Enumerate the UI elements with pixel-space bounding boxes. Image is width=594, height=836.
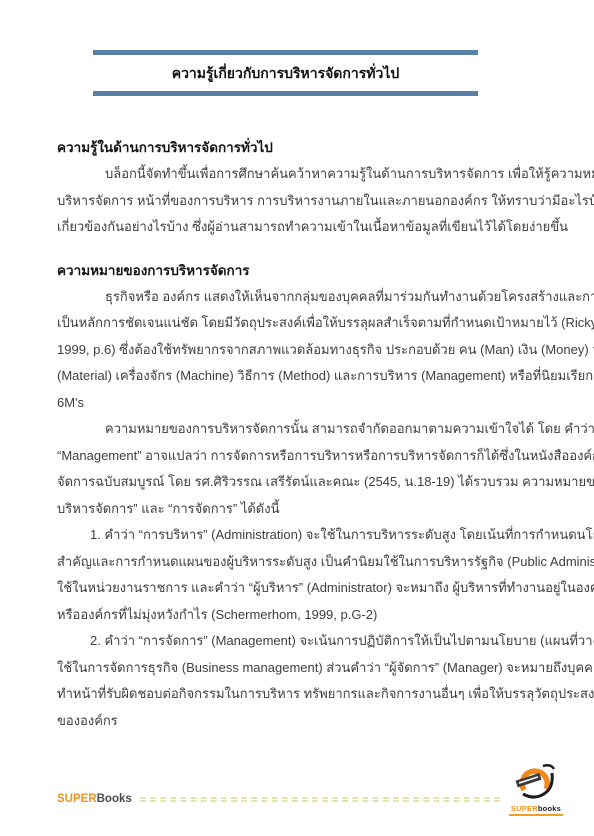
footer-brand-super: SUPER bbox=[57, 793, 97, 805]
page-content: ความรู้เกี่ยวกับการบริหารจัดการทั่วไป คว… bbox=[57, 50, 540, 734]
paragraph-line: ใช้ในหน่วยงานราชการ และคำว่า “ผู้บริหาร”… bbox=[57, 575, 540, 602]
paragraph-line: เกี่ยวข้องกันอย่างไรบ้าง ซึ่งผู้อ่านสามา… bbox=[57, 214, 540, 241]
superbooks-logo: SUPERbooks bbox=[506, 763, 566, 816]
paragraph-line: ใช้ในการจัดการธุรกิจ (Business managemen… bbox=[57, 655, 540, 682]
paragraph-line: บล็อกนี้จัดทำขึ้นเพื่อการศึกษาค้นคว้าหาค… bbox=[57, 161, 540, 188]
paragraph: บล็อกนี้จัดทำขึ้นเพื่อการศึกษาค้นคว้าหาค… bbox=[57, 161, 540, 241]
footer-brand-books: Books bbox=[97, 793, 132, 805]
paragraph-line: เป็นหลักการชัดเจนแน่ชัด โดยมีวัตถุประสงค… bbox=[57, 310, 540, 337]
footer-rule-row: SUPERBooks bbox=[57, 793, 500, 805]
paragraph-line: 1999, p.6) ซึ่งต้องใช้ทรัพยากรจากสภาพแวด… bbox=[57, 337, 540, 364]
logo-text-super: SUPER bbox=[511, 804, 538, 813]
numbered-item: 2. คำว่า “การจัดการ” (Management) จะเน้น… bbox=[57, 628, 540, 734]
paragraph-line: ความหมายของการบริหารจัดการนั้น สามารถจำก… bbox=[57, 416, 540, 443]
banner-bottom-rule bbox=[93, 91, 478, 96]
footer-brand: SUPERBooks bbox=[57, 793, 132, 805]
logo-tagline-bar bbox=[509, 814, 563, 816]
section-heading: ความรู้ในด้านการบริหารจัดการทั่วไป bbox=[57, 134, 540, 161]
paragraph-line: ขององค์กร bbox=[57, 708, 540, 735]
paragraph-line: “Management” อาจแปลว่า การจัดการหรือการบ… bbox=[57, 443, 540, 470]
paragraph-line: บริหารจัดการ หน้าที่ของการบริหาร การบริห… bbox=[57, 188, 540, 215]
paragraph-line: 2. คำว่า “การจัดการ” (Management) จะเน้น… bbox=[57, 628, 540, 655]
paragraph: ธุรกิจหรือ องค์กร แสดงให้เห็นจากกลุ่มของ… bbox=[57, 284, 540, 417]
page-footer: SUPERBooks SUPERbooks bbox=[57, 763, 560, 821]
paragraph-line: หรือองค์กรที่ไม่มุ่งหวังกำไร (Schermerho… bbox=[57, 602, 540, 629]
title-banner: ความรู้เกี่ยวกับการบริหารจัดการทั่วไป bbox=[93, 50, 478, 96]
numbered-item: 1. คำว่า “การบริหาร” (Administration) จะ… bbox=[57, 522, 540, 628]
paragraph-line: ธุรกิจหรือ องค์กร แสดงให้เห็นจากกลุ่มของ… bbox=[57, 284, 540, 311]
superbooks-logo-text: SUPERbooks bbox=[506, 804, 566, 813]
footer-dashed-divider bbox=[140, 797, 500, 802]
section-heading: ความหมายของการบริหารจัดการ bbox=[57, 257, 540, 284]
superbooks-swoosh-icon bbox=[515, 763, 557, 799]
paragraph-line: (Material) เครื่องจักร (Machine) วิธีการ… bbox=[57, 363, 540, 390]
paragraph-line: สำคัญและการกำหนดแผนของผู้บริหารระดับสูง … bbox=[57, 549, 540, 576]
paragraph-line: 6M's bbox=[57, 390, 540, 417]
paragraph-line: บริหารจัดการ” และ “การจัดการ” ได้ดังนี้ bbox=[57, 496, 540, 523]
logo-text-books: books bbox=[538, 804, 561, 813]
page-title: ความรู้เกี่ยวกับการบริหารจัดการทั่วไป bbox=[93, 55, 478, 91]
document-page: ความรู้เกี่ยวกับการบริหารจัดการทั่วไป คว… bbox=[0, 0, 594, 836]
paragraph-line: 1. คำว่า “การบริหาร” (Administration) จะ… bbox=[57, 522, 540, 549]
paragraph: ความหมายของการบริหารจัดการนั้น สามารถจำก… bbox=[57, 416, 540, 522]
paragraph-line: ทำหน้าที่รับผิดชอบต่อกิจกรรมในการบริหาร … bbox=[57, 681, 540, 708]
paragraph-line: จัดการฉบับสมบูรณ์ โดย รศ.ศิริวรรณ เสรีรั… bbox=[57, 469, 540, 496]
